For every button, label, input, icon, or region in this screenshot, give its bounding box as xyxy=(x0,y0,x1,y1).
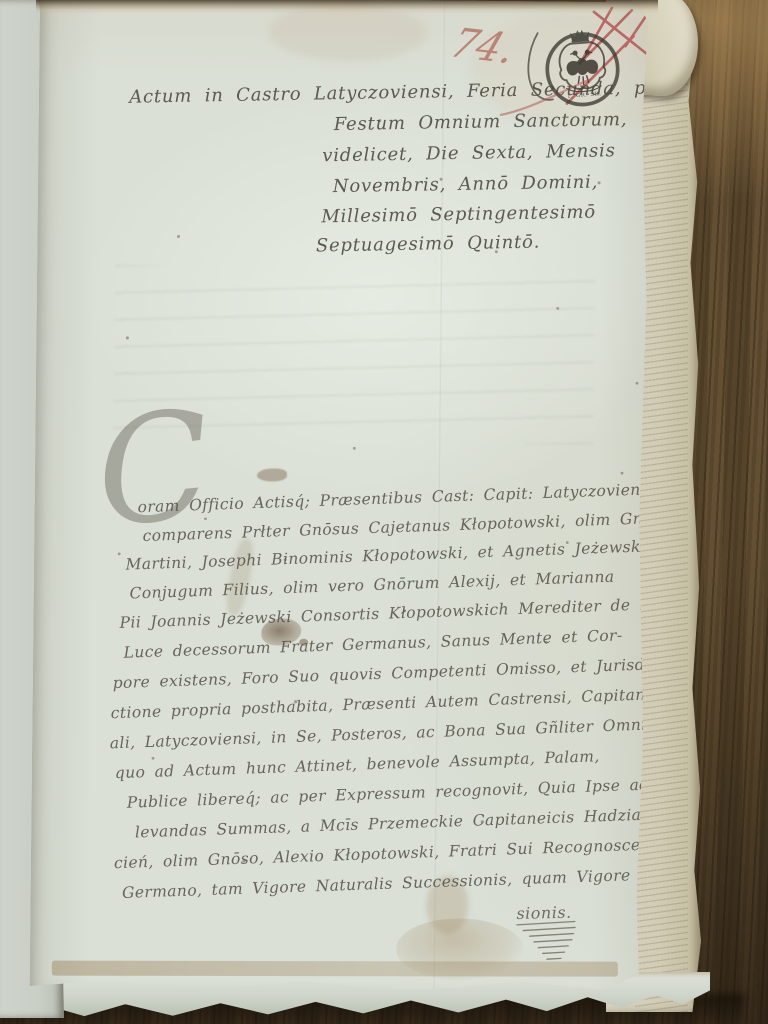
manuscript-body-line: ali, Latyczoviensi, in Se, Posteros, ac … xyxy=(109,715,651,752)
ink-blot xyxy=(257,468,287,481)
manuscript-body-line: Luce decessorum Frater Germanus, Sanus M… xyxy=(123,626,622,661)
manuscript-body-line: quo ad Actum hunc Attinet, benevole Assu… xyxy=(115,747,600,782)
page-top-edge xyxy=(36,0,658,14)
manuscript-body-line: pore existens, Foro Suo quovis Competent… xyxy=(112,655,652,692)
manuscript-header-line: videlicet, Die Sexta, Mensis xyxy=(322,140,616,166)
manuscript-body-line: levandas Summas, a Mcīs Przemeckie Capit… xyxy=(135,806,648,842)
manuscript-body-line: Publice libereq́; ac per Expressum recog… xyxy=(127,776,650,812)
manuscript-header-line: Novembris, Annō Domini, xyxy=(333,172,599,198)
manuscript-photo: 74. 1. GR. SR. xyxy=(0,0,768,1024)
manuscript-page: 74. 1. GR. SR. xyxy=(30,0,652,994)
manuscript-header-line: Festum Omnium Sanctorum, xyxy=(334,109,628,135)
manuscript-header-line: Millesimō Septingentesimō xyxy=(321,202,596,228)
manuscript-body-line: Pii Joannis Jeżewski Consortis Kłopotows… xyxy=(119,595,652,632)
body-block: oram Officio Actisq́; Præsentibus Cast: … xyxy=(97,468,652,927)
manuscript-body-line: Conjugum Filius, olim vero Gnōrum Alexij… xyxy=(129,568,615,603)
manuscript-header-line: Septuagesimō Quintō. xyxy=(316,232,541,257)
header-block: Actum in Castro Latyczoviensi, Feria Sec… xyxy=(121,77,652,277)
pen-hatch-mark xyxy=(503,917,586,972)
manuscript-body-line: oram Officio Actisq́; Præsentibus Cast: … xyxy=(137,479,652,516)
manuscript-header-line: Actum in Castro Latyczoviensi, Feria Sec… xyxy=(129,77,652,108)
manuscript-body-line: Germano, tam Vigore Naturalis Succession… xyxy=(122,865,652,902)
manuscript-body-line: ctione propria posthabita, Præsenti Aute… xyxy=(110,685,652,722)
manuscript-body-line: cień, olim Gnōso, Alexio Kłopotowski, Fr… xyxy=(114,835,652,872)
